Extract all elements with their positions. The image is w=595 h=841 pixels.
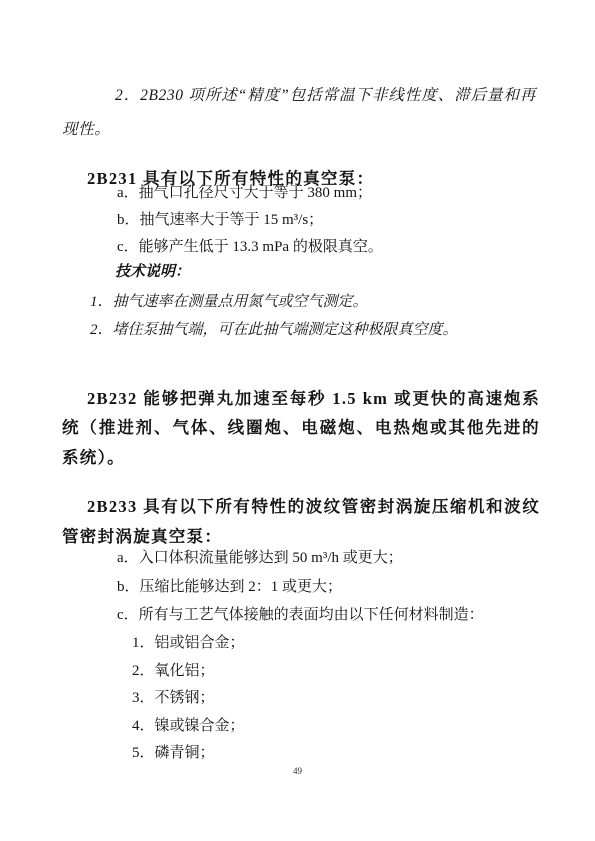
material-item-1: 1．铝或铝合金； xyxy=(132,630,245,658)
technical-note-1: 1．抽气速率在测量点用氮气或空气测定。 xyxy=(90,288,458,316)
technical-note-label: 技术说明： xyxy=(115,260,190,281)
intro-note-paragraph: 2．2B230 项所述“精度”包括常温下非线性度、滞后量和再现性。 xyxy=(62,79,536,147)
list-item-c: c．所有与工艺气体接触的表面均由以下任何材料制造： xyxy=(117,601,484,630)
section-2B231-list: a．抽气口孔径尺寸大于等于 380 mm； b．抽气速率大于等于 15 m³/s… xyxy=(117,180,383,261)
section-2B233-list: a．入口体积流量能够达到 50 m³/h 或更大； b．压缩比能够达到 2：1 … xyxy=(117,544,484,630)
material-item-3: 3．不锈钢； xyxy=(132,685,245,713)
list-item-a: a．抽气口孔径尺寸大于等于 380 mm； xyxy=(117,180,383,207)
list-item-c: c．能够产生低于 13.3 mPa 的极限真空。 xyxy=(117,234,383,261)
material-item-2: 2．氧化铝； xyxy=(132,658,245,686)
technical-note-2: 2．堵住泵抽气端，可在此抽气端测定这种极限真空度。 xyxy=(90,316,458,344)
material-item-4: 4．镍或镍合金； xyxy=(132,713,245,741)
page-number: 49 xyxy=(0,766,595,776)
section-2B232-heading: 2B232 能够把弹丸加速至每秒 1.5 km 或更快的高速炮系统（推进剂、气体… xyxy=(62,384,540,473)
material-item-5: 5．磷青铜； xyxy=(132,740,245,768)
list-item-a: a．入口体积流量能够达到 50 m³/h 或更大； xyxy=(117,544,484,573)
technical-notes: 1．抽气速率在测量点用氮气或空气测定。 2．堵住泵抽气端，可在此抽气端测定这种极… xyxy=(90,288,458,344)
materials-sublist: 1．铝或铝合金； 2．氧化铝； 3．不锈钢； 4．镍或镍合金； 5．磷青铜； xyxy=(132,630,245,768)
list-item-b: b．压缩比能够达到 2：1 或更大； xyxy=(117,573,484,602)
document-page: 2．2B230 项所述“精度”包括常温下非线性度、滞后量和再现性。 2B231 … xyxy=(0,0,595,841)
list-item-b: b．抽气速率大于等于 15 m³/s； xyxy=(117,207,383,234)
section-2B233-heading: 2B233 具有以下所有特性的波纹管密封涡旋压缩机和波纹管密封涡旋真空泵： xyxy=(62,492,540,552)
